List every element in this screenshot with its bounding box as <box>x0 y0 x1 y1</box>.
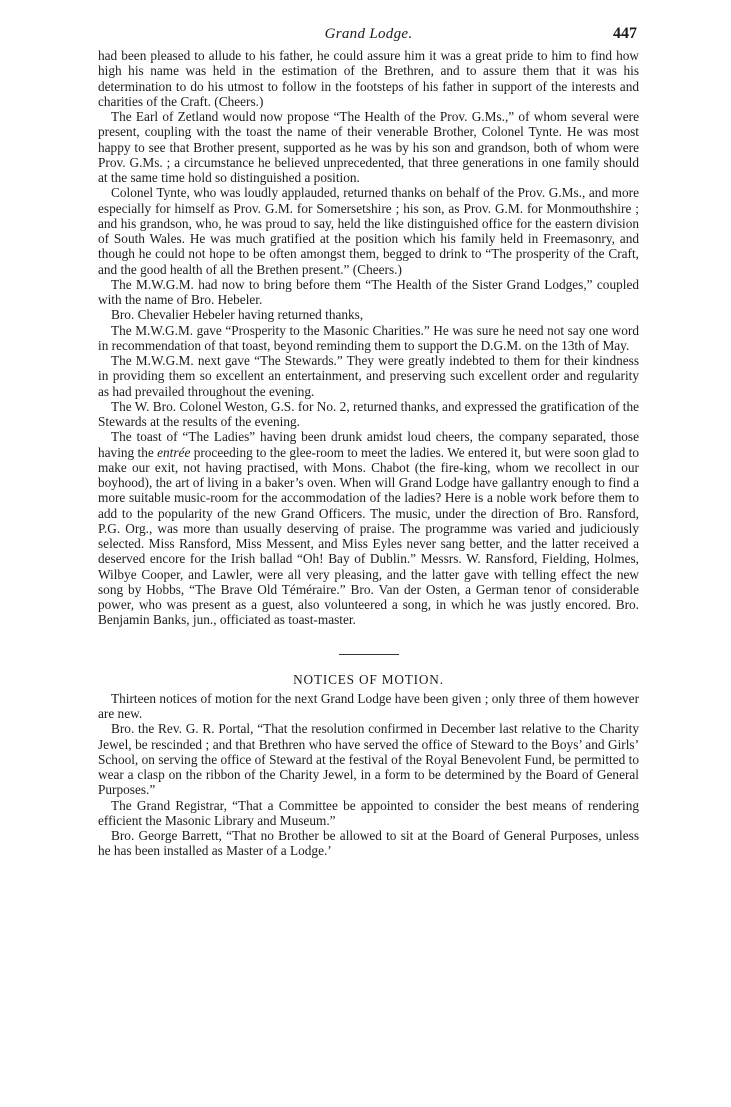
paragraph: had been pleased to allude to his father… <box>98 48 639 109</box>
running-title: Grand Lodge. <box>98 26 639 43</box>
paragraph: Bro. George Barrett, “That no Brother be… <box>98 828 639 859</box>
article-body: had been pleased to allude to his father… <box>98 48 639 859</box>
paragraph: The W. Bro. Colonel Weston, G.S. for No.… <box>98 399 639 430</box>
ladies-paragraph: The toast of “The Ladies” having been dr… <box>98 429 639 627</box>
document-page: Grand Lodge. 447 had been pleased to all… <box>98 20 639 859</box>
running-header: Grand Lodge. 447 <box>98 20 639 48</box>
section-heading: NOTICES OF MOTION. <box>98 672 639 687</box>
page-number: 447 <box>613 25 637 43</box>
paragraph: The Grand Registrar, “That a Committee b… <box>98 798 639 829</box>
italic-word: entrée <box>157 445 190 460</box>
paragraph: Thirteen notices of motion for the next … <box>98 691 639 722</box>
paragraph: Colonel Tynte, who was loudly applauded,… <box>98 185 639 277</box>
paragraph: Bro. Chevalier Hebeler having returned t… <box>98 307 639 322</box>
paragraph: The M.W.G.M. gave “Prosperity to the Mas… <box>98 323 639 354</box>
paragraph: The M.W.G.M. had now to bring before the… <box>98 277 639 308</box>
paragraph: The Earl of Zetland would now propose “T… <box>98 109 639 185</box>
section-divider <box>339 654 399 655</box>
paragraph: The M.W.G.M. next gave “The Stewards.” T… <box>98 353 639 399</box>
paragraph: Bro. the Rev. G. R. Portal, “That the re… <box>98 721 639 797</box>
text-run: proceeding to the glee-room to meet the … <box>98 445 639 628</box>
